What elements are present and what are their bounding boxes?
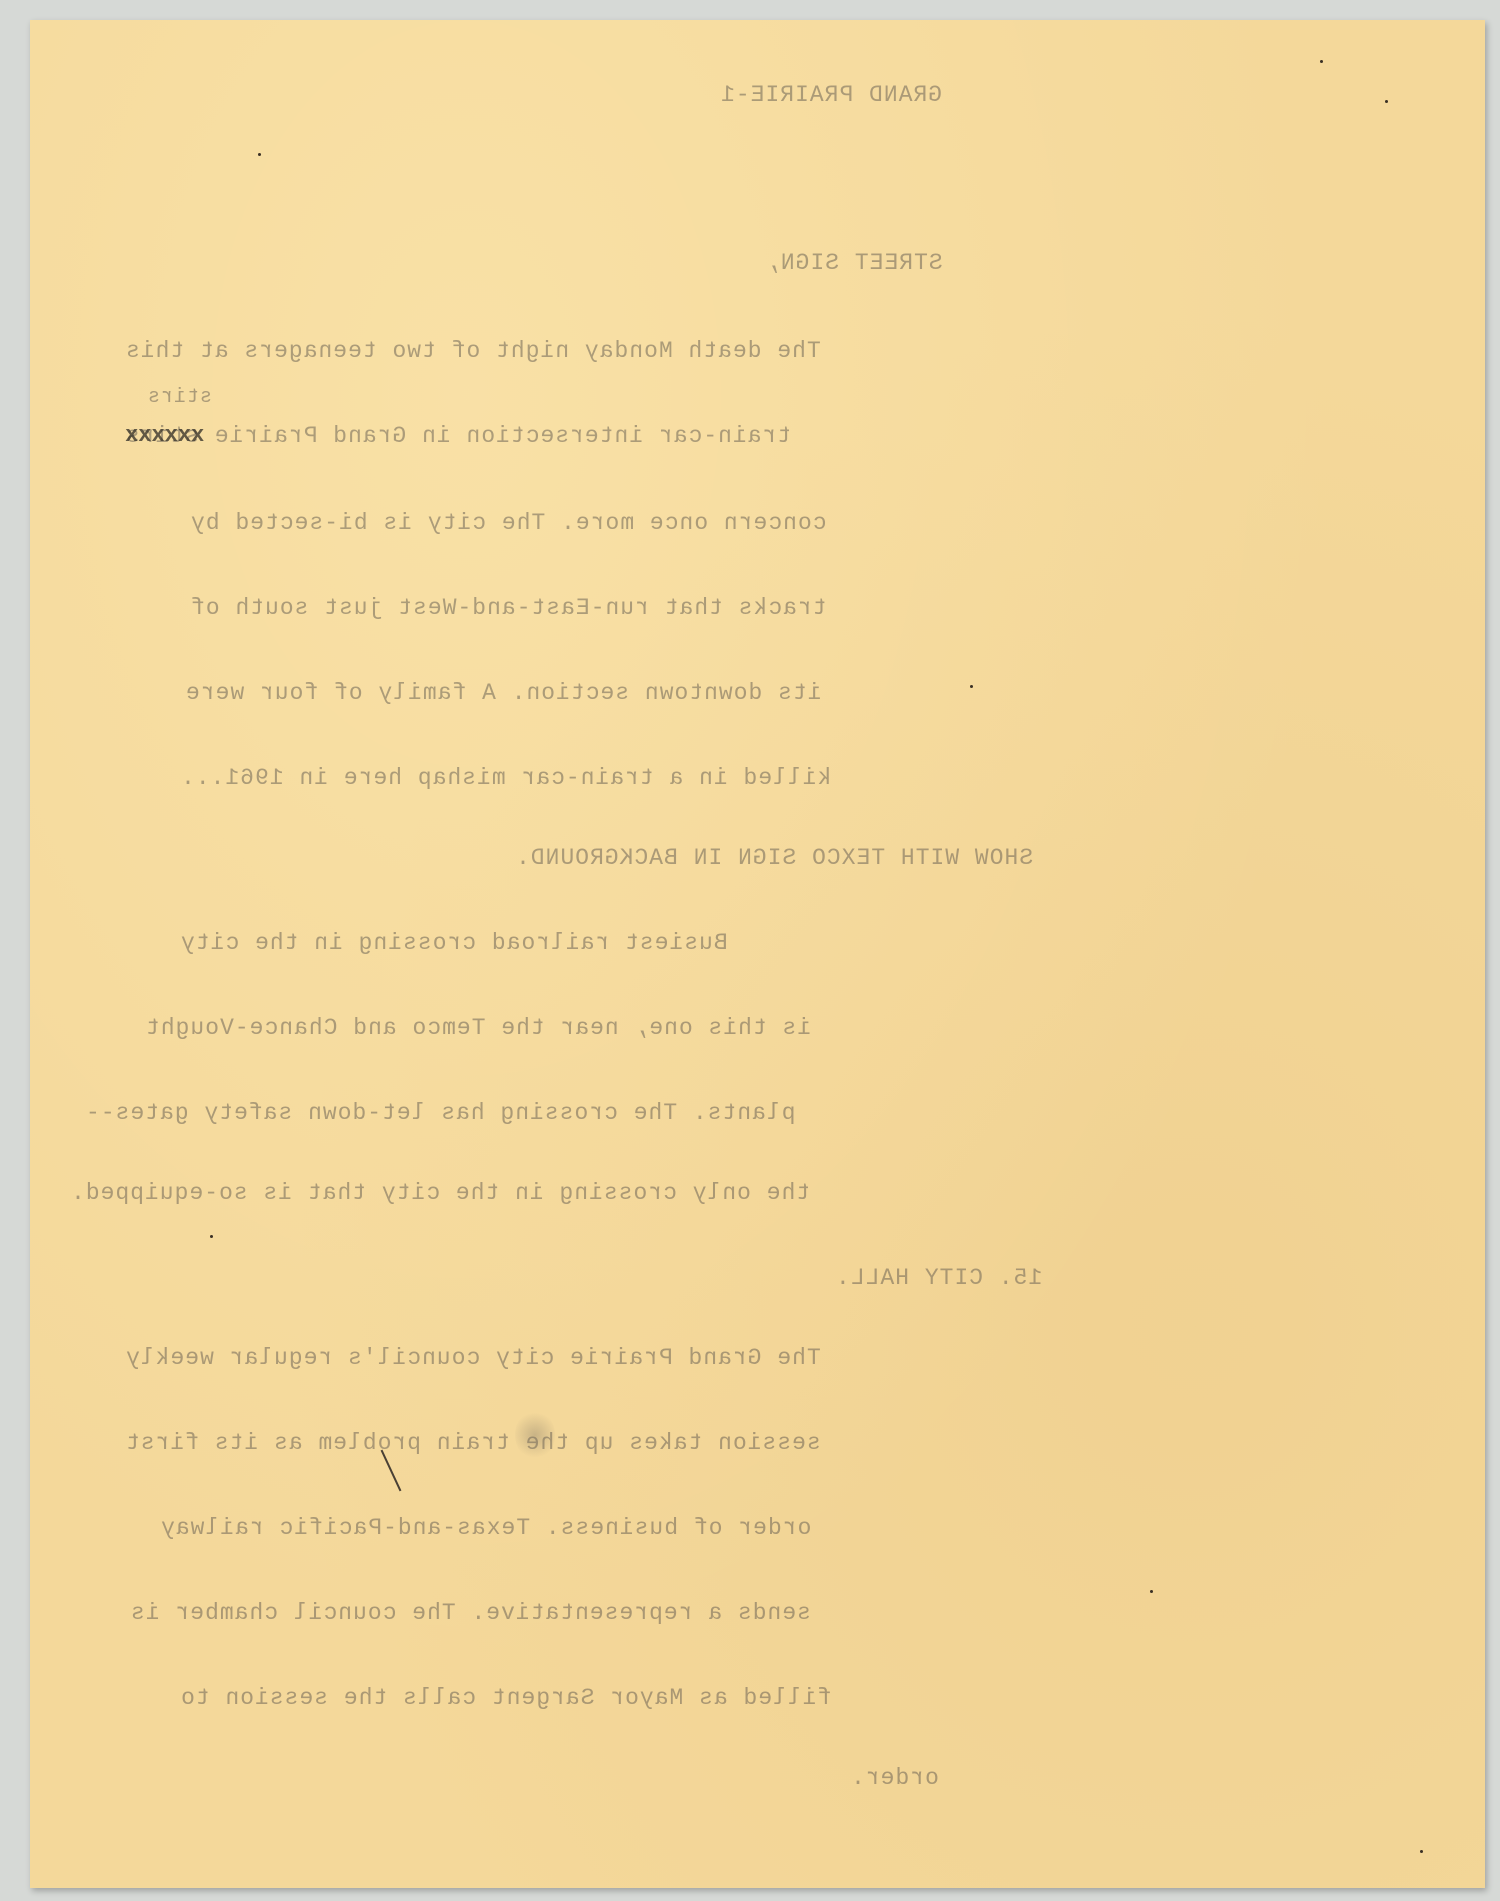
body-line-4: tracks that run-East-and-West just south… <box>190 595 827 621</box>
body-line-11: The Grand Prairie city council's regular… <box>125 1345 821 1371</box>
document-page: GRAND PRAIRIE-1 STREET SIGN, The death M… <box>30 20 1485 1888</box>
paper-speck <box>1320 60 1323 63</box>
handwritten-insert: stirs <box>147 386 212 409</box>
body-line-3: concern once more. The city is bi-sected… <box>190 510 827 536</box>
paper-speck <box>1385 100 1388 103</box>
page-header: GRAND PRAIRIE-1 <box>720 82 942 108</box>
paper-speck <box>1420 1850 1423 1853</box>
body-line-8: is this one, near the Temco and Chance-V… <box>145 1015 811 1041</box>
paper-speck <box>258 153 261 156</box>
body-line-1: The death Monday night of two teenagers … <box>125 338 821 364</box>
body-line-10: the only crossing in the city that is so… <box>70 1180 810 1206</box>
body-line-5: its downtown section. A family of four w… <box>185 680 822 706</box>
scene-heading: 15. CITY HALL. <box>835 1265 1042 1291</box>
body-line-13: order of business. Texas-and-Pacific rai… <box>160 1515 811 1541</box>
section-slug: STREET SIGN, <box>765 250 943 276</box>
paper-smudge <box>515 1410 555 1460</box>
paper-speck <box>1150 1590 1153 1593</box>
body-line-2: train-car intersection in Grand Prairie … <box>125 423 791 449</box>
shot-direction: SHOW WITH TEXCO SIGN IN BACKGROUND. <box>515 845 1033 871</box>
body-line-7: Busiest railroad crossing in the city <box>180 930 728 956</box>
body-line-14: sends a representative. The council cham… <box>130 1600 811 1626</box>
struck-word: xxxxxx <box>125 423 204 448</box>
paper-speck <box>970 685 973 688</box>
body-line-16: order. <box>850 1765 939 1791</box>
body-line-15: filled as Mayor Sargent calls the sessio… <box>180 1685 831 1711</box>
body-line-12: session takes up the train problem as it… <box>125 1430 821 1456</box>
body-line-9: plants. The crossing has let-down safety… <box>85 1100 796 1126</box>
body-line-6: killed in a train-car mishap here in 196… <box>180 765 831 791</box>
paper-speck <box>210 1235 213 1238</box>
